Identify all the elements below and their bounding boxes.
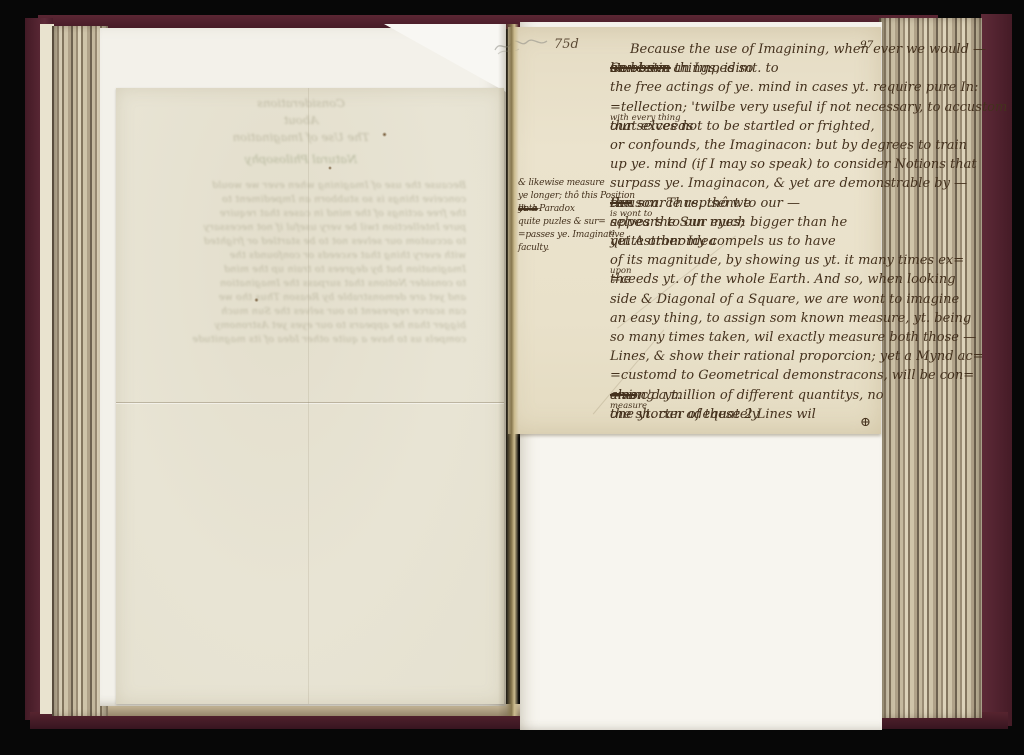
show-through-line: can scarce represent to our selves the S… bbox=[221, 306, 466, 317]
show-through-line: pure Intellection twil be very useful if… bbox=[204, 222, 466, 233]
show-through-line: the free actings of the mind in cases th… bbox=[220, 208, 467, 219]
show-through-line: compels us to have a quite other Idea of… bbox=[192, 334, 466, 345]
show-through-line: Imagination but by degrees to train up t… bbox=[224, 264, 466, 275]
show-through-title-line: Natural Philosophy bbox=[130, 152, 472, 166]
book-cover-right bbox=[981, 14, 1012, 726]
show-through-line: to accustom our selves not to be startle… bbox=[204, 236, 466, 247]
gutter-shadow bbox=[498, 24, 524, 716]
end-mark: ⊕ bbox=[860, 415, 871, 430]
show-through-text-block: Considerations About The Use of Imaginat… bbox=[130, 96, 472, 378]
show-through-line: and yet are demonstrable by Reason Thus … bbox=[218, 292, 466, 303]
show-through-title-line: About bbox=[130, 113, 472, 127]
show-through-title-line: The Use of Imagination bbox=[130, 130, 472, 144]
show-through-line: with every thing that exceeds or confoun… bbox=[230, 250, 466, 261]
show-through-title-line: Considerations bbox=[130, 96, 472, 110]
show-through-line: bigger than he appears to our eyes yet A… bbox=[215, 320, 466, 331]
inlaid-leaf-left: Considerations About The Use of Imaginat… bbox=[116, 88, 504, 704]
show-through-line: Because the use of Imagining when ever w… bbox=[212, 180, 466, 191]
show-through-line: to consider Notions that surpass the Ima… bbox=[220, 278, 466, 289]
folio-mark: 75d bbox=[554, 37, 579, 52]
fold-crease-horizontal bbox=[116, 402, 504, 403]
show-through-line: conceive things is so stubborn an Impedi… bbox=[222, 194, 466, 205]
manuscript-photo: Considerations About The Use of Imaginat… bbox=[0, 0, 1024, 755]
manuscript-leaf: 75d 97 & likewise measure ye longer; thô… bbox=[508, 27, 881, 434]
